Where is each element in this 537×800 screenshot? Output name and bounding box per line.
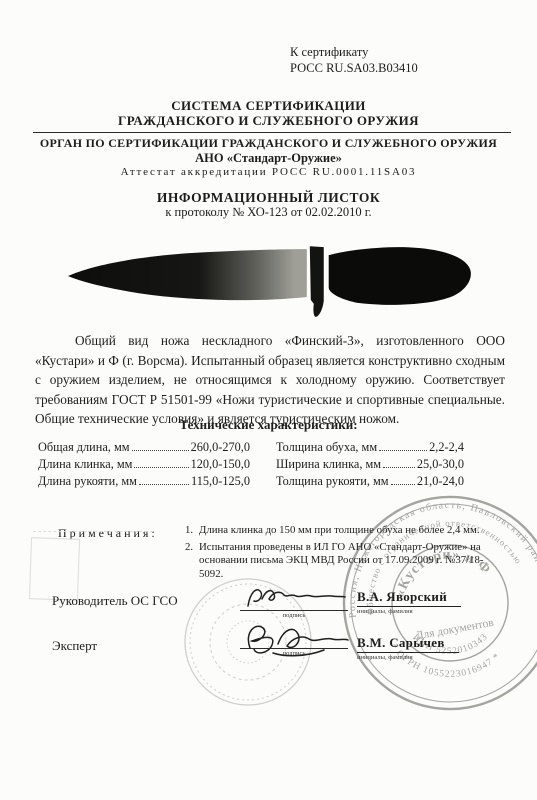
spec-row: Длина рукояти, мм 115,0-125,0 [38, 473, 250, 490]
protocol-reference: к протоколу № ХО-123 от 02.02.2010 г. [0, 205, 537, 220]
dotted-leader [383, 467, 415, 468]
certificate-number: РОСС RU.SA03.B03410 [290, 60, 418, 76]
spec-row: Общая длина, мм 260,0-270,0 [38, 439, 250, 456]
scan-artifact-dashes [33, 531, 153, 535]
certificate-reference: К сертификату РОСС RU.SA03.B03410 [290, 44, 418, 76]
note-text: Испытания проведены в ИЛ ГО АНО «Стандар… [199, 541, 485, 582]
spec-value: 2,2-2,4 [429, 439, 464, 456]
spec-value: 25,0-30,0 [417, 456, 464, 473]
spec-row: Длина клинка, мм 120,0-150,0 [38, 456, 250, 473]
specs-column-left: Общая длина, мм 260,0-270,0 Длина клинка… [38, 439, 250, 490]
knife-guard [310, 246, 324, 317]
accreditation-line: Аттестат аккредитации РОСС RU.0001.11SA0… [0, 166, 537, 178]
notes-list: 1. Длина клинка до 150 мм при толщине об… [185, 524, 485, 584]
document-title: ИНФОРМАЦИОННЫЙ ЛИСТОК [0, 190, 537, 206]
spec-value: 120,0-150,0 [191, 456, 250, 473]
signatory-role-head: Руководитель ОС ГСО [52, 593, 178, 609]
organization-name: АНО «Стандарт-Оружие» [0, 151, 537, 166]
header-divider [33, 132, 511, 133]
scan-artifact-box [29, 537, 80, 601]
spec-label: Ширина клинка, мм [276, 456, 381, 473]
signatory-name-head-block: В.А. Яворский инициалы, фамилия [357, 588, 487, 615]
knife-photo [60, 243, 478, 329]
spec-value: 260,0-270,0 [191, 439, 250, 456]
spec-value: 115,0-125,0 [191, 473, 250, 490]
dotted-leader [139, 484, 189, 485]
note-number: 1. [185, 524, 199, 538]
system-title-line1: СИСТЕМА СЕРТИФИКАЦИИ [0, 98, 537, 114]
spec-row: Ширина клинка, мм 25,0-30,0 [276, 456, 464, 473]
description-paragraph: Общий вид ножа нескладного «Финский-3», … [35, 331, 505, 429]
scanned-document-page: К сертификату РОСС RU.SA03.B03410 СИСТЕМ… [0, 0, 537, 800]
signatory-name-expert-block: В.М. Сарычев инициалы, фамилия [357, 634, 487, 661]
signatory-name-caption: инициалы, фамилия [357, 654, 487, 661]
signatory-name-head: В.А. Яворский [357, 589, 461, 607]
signature-head-ink [244, 584, 348, 612]
signature-caption-expert: подпись [240, 650, 348, 657]
note-item: 2. Испытания проведены в ИЛ ГО АНО «Стан… [185, 541, 485, 582]
signature-caption-head: подпись [240, 612, 348, 619]
spec-label: Длина клинка, мм [38, 456, 132, 473]
dotted-leader [134, 467, 188, 468]
spec-label: Длина рукояти, мм [38, 473, 137, 490]
spec-label: Общая длина, мм [38, 439, 130, 456]
knife-handle [329, 247, 471, 305]
signatory-name-caption: инициалы, фамилия [357, 608, 487, 615]
signatory-name-expert: В.М. Сарычев [357, 635, 459, 653]
signatory-role-expert: Эксперт [52, 638, 97, 654]
certificate-reference-line1: К сертификату [290, 44, 418, 60]
signature-line-expert [240, 648, 348, 649]
knife-blade [68, 249, 307, 300]
signature-line-head [240, 610, 348, 611]
dotted-leader [379, 450, 427, 451]
dotted-leader [132, 450, 189, 451]
system-title-line2: ГРАЖДАНСКОГО И СЛУЖЕБНОГО ОРУЖИЯ [0, 113, 537, 129]
specs-title: Технические характеристики: [0, 417, 537, 433]
note-number: 2. [185, 541, 199, 582]
certification-body-line: ОРГАН ПО СЕРТИФИКАЦИИ ГРАЖДАНСКОГО И СЛУ… [0, 136, 537, 151]
spec-row: Толщина обуха, мм 2,2-2,4 [276, 439, 464, 456]
spec-label: Толщина обуха, мм [276, 439, 377, 456]
note-item: 1. Длина клинка до 150 мм при толщине об… [185, 524, 485, 538]
note-text: Длина клинка до 150 мм при толщине обуха… [199, 524, 480, 538]
